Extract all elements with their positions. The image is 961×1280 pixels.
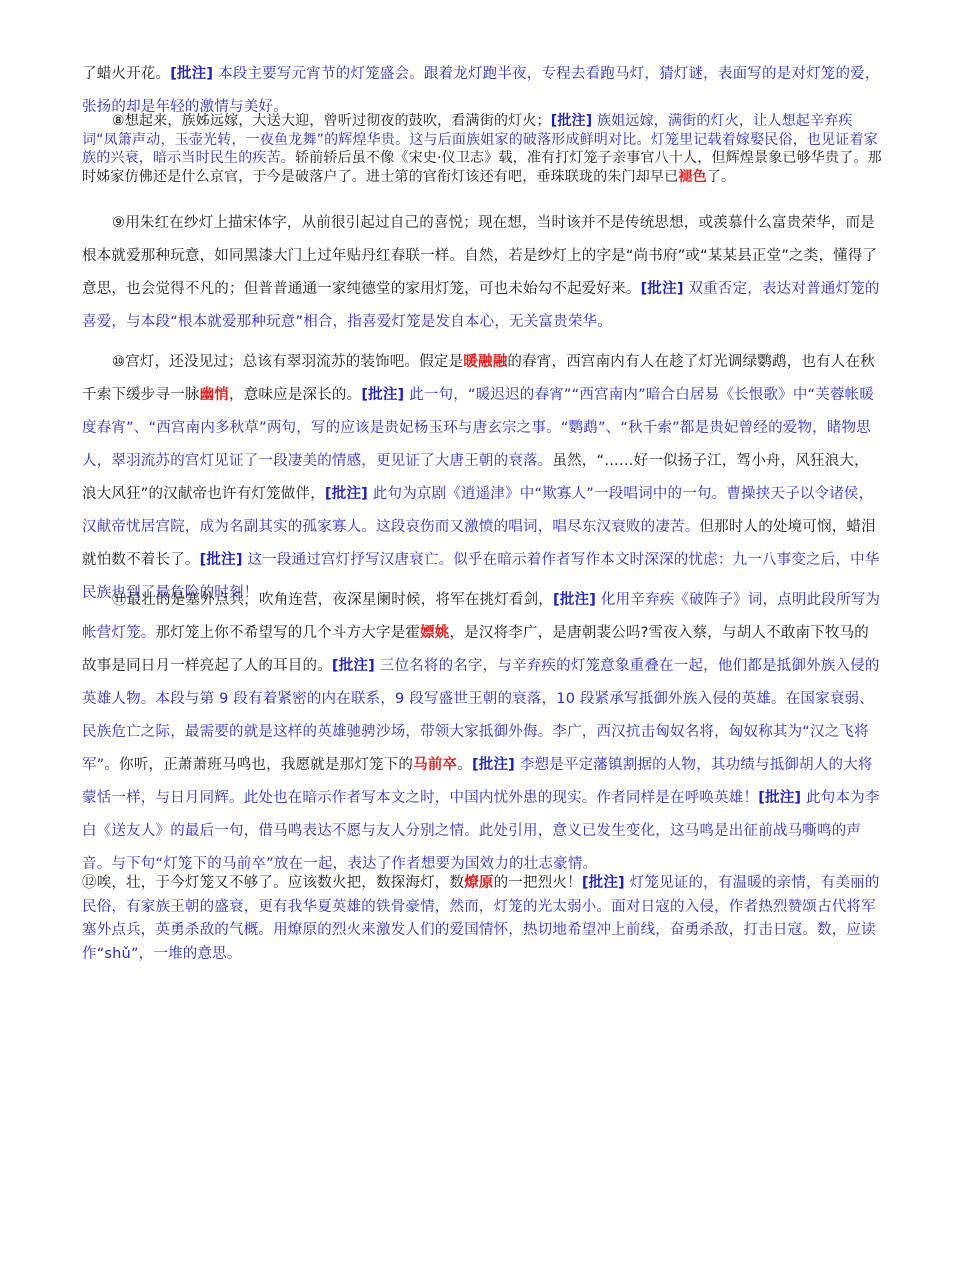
annotation-tag: [批注]	[758, 790, 801, 806]
body-text: 。	[457, 757, 472, 773]
highlighted-word: 幽悄	[200, 387, 229, 403]
body-text: ⑩宫灯，还没见过；总该有翠羽流苏的装饰吧。假定是	[112, 354, 463, 370]
body-text: 的一把烈火！	[494, 875, 582, 891]
highlighted-word: 暖融融	[463, 354, 507, 370]
annotation-text: 三位名将的名字，与辛弃疾的灯笼意象重叠在一起，他们都是抵御外族入侵的英雄人物。本…	[82, 658, 880, 773]
annotation-tag: [批注]	[553, 592, 596, 608]
annotation-tag: [批注]	[641, 281, 684, 297]
annotation-tag: [批注]	[332, 658, 375, 674]
annotation-tag: [批注]	[170, 66, 213, 82]
paragraph-11: ⑪最壮的是塞外点兵，吹角连营，夜深星阑时候，将军在挑灯看剑，[批注] 化用辛弃疾…	[82, 584, 882, 881]
body-text: 那灯笼上你不希望写的几个斗方大字是霍	[156, 625, 421, 641]
body-text: ⑫唉，壮，于今灯笼又不够了。应该数火把，数探海灯，数	[82, 875, 464, 891]
body-text: ，意味应是深长的。	[229, 387, 361, 403]
annotation-tag: [批注]	[472, 757, 515, 773]
body-text: 你听，正萧萧班马鸣也，我愿就是那灯笼下的	[119, 757, 413, 773]
highlighted-word: 燎原	[464, 875, 493, 891]
body-text: 了蜡火开花。	[82, 66, 170, 82]
body-text: 了。	[707, 169, 735, 185]
highlighted-word: 马前卒	[413, 757, 457, 773]
annotation-tag: [批注]	[551, 113, 593, 129]
body-text: ⑪最壮的是塞外点兵，吹角连营，夜深星阑时候，将军在挑灯看剑，	[112, 592, 553, 608]
annotation-tag: [批注]	[200, 552, 243, 568]
annotation-tag: [批注]	[361, 387, 404, 403]
paragraph-12: ⑫唉，壮，于今灯笼又不够了。应该数火把，数探海灯，数燎原的一把烈火！[批注] 灯…	[82, 872, 882, 966]
highlighted-word: 嫖姚	[420, 625, 449, 641]
annotation-tag: [批注]	[325, 486, 368, 502]
highlighted-word: 褪色	[678, 169, 706, 185]
paragraph-10: ⑩宫灯，还没见过；总该有翠羽流苏的装饰吧。假定是暖融融的春宵，西宫南内有人在趁了…	[82, 346, 882, 610]
annotation-tag: [批注]	[582, 875, 625, 891]
body-text: ⑧想起来，族姊远嫁，大送大迎，曾听过彻夜的鼓吹，看满街的灯火；	[112, 113, 551, 129]
paragraph-8: ⑧想起来，族姊远嫁，大送大迎，曾听过彻夜的鼓吹，看满街的灯火；[批注] 族姐远嫁…	[82, 112, 882, 186]
paragraph-9: ⑨用朱红在纱灯上描宋体字，从前很引起过自己的喜悦；现在想，当时该并不是传统思想，…	[82, 207, 882, 339]
paragraph-12-body: ⑫唉，壮，于今灯笼又不够了。应该数火把，数探海灯，数燎原的一把烈火！[批注] 灯…	[82, 875, 880, 962]
